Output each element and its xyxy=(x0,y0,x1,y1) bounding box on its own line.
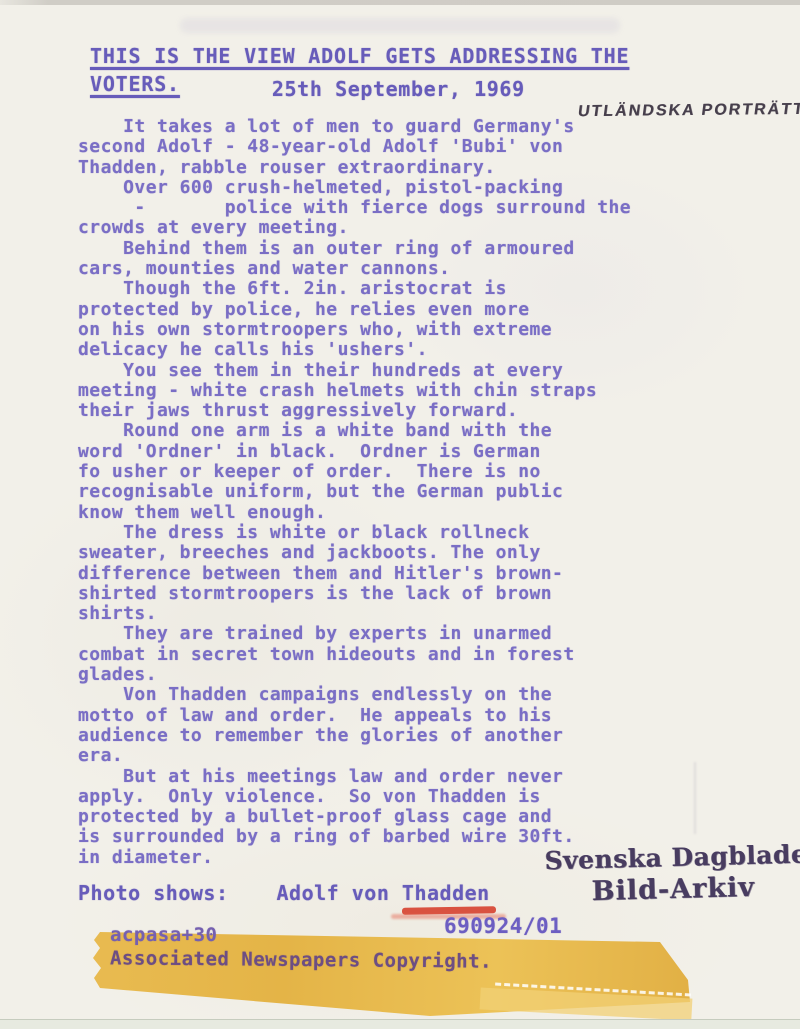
headline-line2: VOTERS. xyxy=(90,70,180,98)
typewriter-body: It takes a lot of men to guard Germany's… xyxy=(78,117,718,868)
reference-number: 690924/01 xyxy=(444,914,562,938)
photo-caption-subject-text: Adolf von Thadden xyxy=(277,881,490,905)
copyright-line: Associated Newspapers Copyright. xyxy=(110,947,492,972)
photo-caption-label: Photo shows: xyxy=(78,881,229,905)
date-line: 25th September, 1969 xyxy=(272,75,525,103)
scan-edge-top xyxy=(0,0,800,5)
archive-stamp-line1: Svenska Dagbladets xyxy=(544,840,800,876)
svenska-dagbladets-stamp: Svenska Dagbladets Bild-Arkiv xyxy=(544,840,800,909)
headline-line1: THIS IS THE VIEW ADOLF GETS ADDRESSING T… xyxy=(90,42,629,70)
headline: THIS IS THE VIEW ADOLF GETS ADDRESSING T… xyxy=(90,42,629,98)
photo-caption: Photo shows: Adolf von Thadden xyxy=(78,881,490,905)
agency-code: acpasa+30 xyxy=(110,924,217,946)
ink-ghost-smudge xyxy=(180,18,620,33)
scan-edge-bottom xyxy=(0,1019,800,1029)
photo-caption-subject: Adolf von Thadden xyxy=(277,881,490,905)
headline-row2: VOTERS. 25th September, 1969 xyxy=(90,70,629,98)
archive-stamp-line2: Bild-Arkiv xyxy=(545,871,800,909)
scanned-caption-sheet: THIS IS THE VIEW ADOLF GETS ADDRESSING T… xyxy=(0,0,800,1029)
